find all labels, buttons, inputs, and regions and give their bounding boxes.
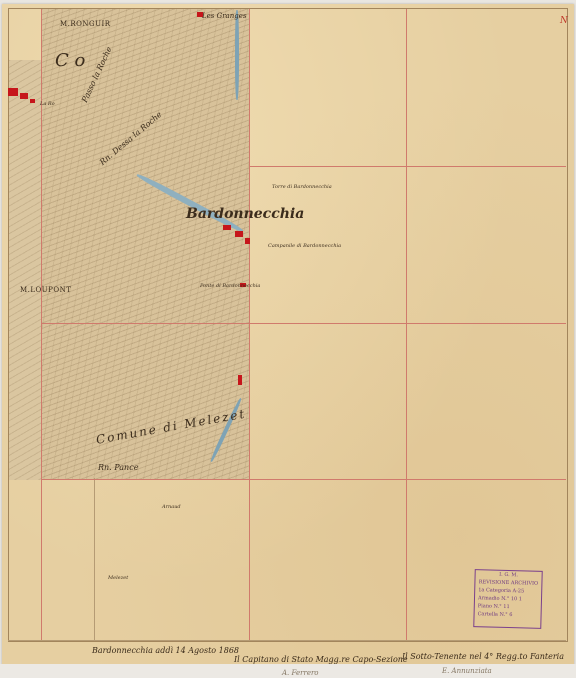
place-label: C o bbox=[55, 50, 85, 71]
grid-line bbox=[41, 479, 566, 480]
building-cluster bbox=[238, 375, 242, 385]
signature: E. Annunziata bbox=[442, 667, 492, 675]
stamp-value: 6 bbox=[509, 612, 512, 618]
building-cluster bbox=[20, 93, 28, 99]
grid-line bbox=[249, 9, 250, 641]
landmark-label: Torre di Bardonnecchia bbox=[272, 184, 332, 190]
stamp-field-cartella: Cartella N.° 6 bbox=[474, 610, 540, 620]
stamp-label: 1a Categoria bbox=[478, 587, 511, 594]
stamp-label: Piano N.° bbox=[478, 603, 502, 610]
building-cluster bbox=[8, 88, 18, 96]
landmark-label: Campanile di Bardonnecchia bbox=[268, 243, 341, 249]
place-label: La Ro bbox=[40, 101, 55, 107]
grid-line bbox=[94, 478, 95, 641]
place-label: M.RONGUIR bbox=[60, 20, 111, 28]
grid-line bbox=[8, 640, 566, 641]
building-cluster bbox=[223, 225, 231, 230]
place-label: M.LOUPONT bbox=[20, 286, 71, 294]
grid-line bbox=[41, 323, 566, 324]
grid-line bbox=[406, 9, 407, 641]
place-label: Ponte di Bardonnecchia bbox=[200, 283, 260, 289]
place-label: Arnaud bbox=[162, 504, 181, 510]
stamp-value: A-25 bbox=[512, 588, 524, 594]
place-label: Melezet bbox=[108, 575, 128, 581]
footer-capitano: Il Capitano di Stato Magg.re Capo-Sezion… bbox=[234, 655, 408, 664]
stamp-label: Armadio N.° bbox=[478, 595, 509, 602]
river bbox=[235, 10, 239, 100]
terrain-relief bbox=[41, 9, 250, 479]
footer-sottotenente: Il Sotto-Tenente nel 4° Regg.to Fanteria bbox=[402, 652, 564, 661]
archive-stamp: I. G. M. REVISIONE ARCHIVIO 1a Categoria… bbox=[473, 569, 542, 629]
footer-place-date: Bardonnecchia addì 14 Agosto 1868 bbox=[92, 646, 239, 655]
stamp-value: 11 bbox=[503, 604, 510, 610]
signature: A. Ferrero bbox=[282, 669, 319, 677]
grid-line bbox=[249, 166, 566, 167]
sheet-number-mark: N bbox=[560, 16, 568, 26]
terrain-relief-left bbox=[9, 60, 42, 480]
place-label: Rn. Pance bbox=[98, 463, 138, 472]
building-cluster bbox=[245, 238, 250, 244]
town-label-bardonnecchia: Bardonnecchia bbox=[186, 206, 304, 222]
building-cluster bbox=[235, 231, 243, 237]
stamp-label: Cartella N.° bbox=[478, 611, 508, 618]
building-cluster bbox=[30, 99, 35, 103]
place-label: Les Granges bbox=[202, 12, 246, 20]
stamp-value: 10 1 bbox=[511, 596, 522, 602]
